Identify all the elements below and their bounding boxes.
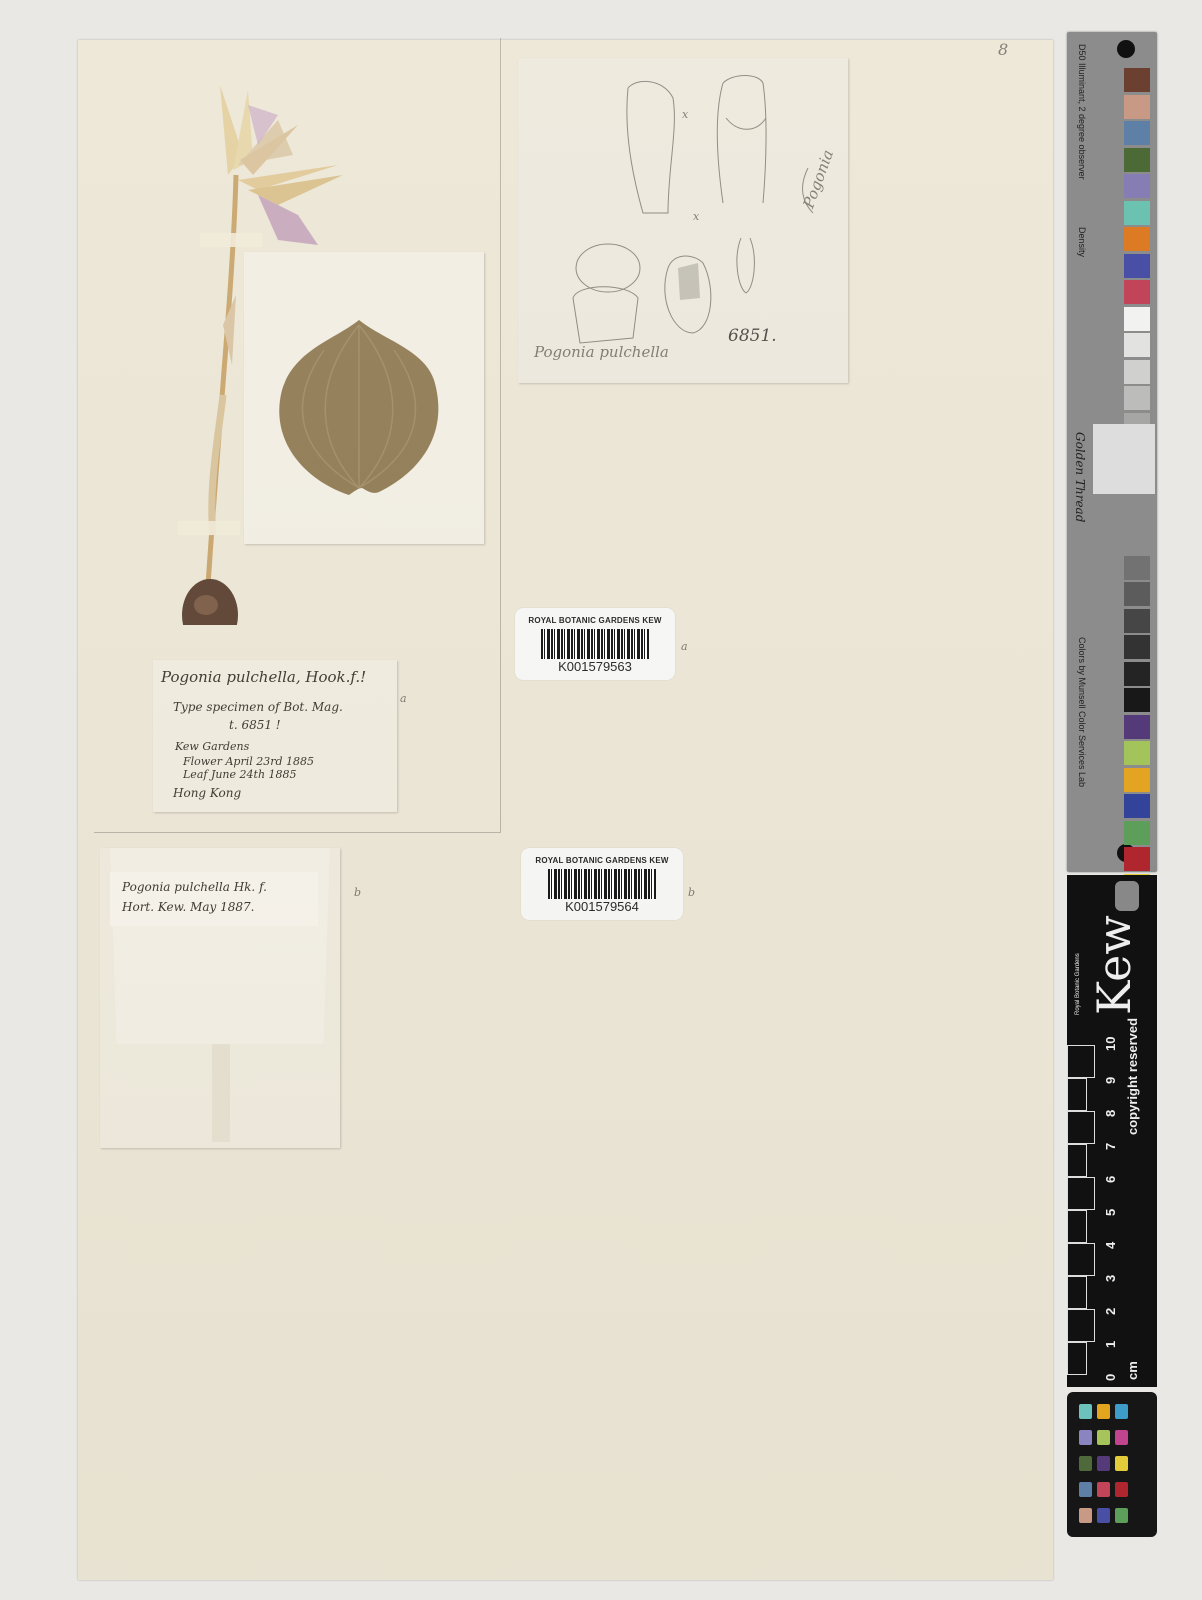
scale-segment [1067, 1243, 1095, 1276]
copyright-text: copyright reserved [1125, 1018, 1140, 1135]
specimen-packet: Pogonia pulchella Hk. f. Hort. Kew. May … [100, 848, 340, 1148]
label-line-5: Flower April 23rd 1885 [183, 755, 314, 768]
botanical-drawing-card: Pogonia x x 6851. Pogonia pulchella [518, 58, 848, 383]
mini-color-patch [1079, 1430, 1092, 1445]
color-calibration-chart: D50 Illuminant, 2 degree observer Densit… [1067, 32, 1157, 872]
specimen-label: Pogonia pulchella, Hook.f.! Type specime… [153, 660, 397, 812]
color-patch [1124, 635, 1150, 659]
scale-tick-label: 10 [1103, 1037, 1118, 1051]
color-patch [1124, 768, 1150, 792]
chart-density-label: Density [1077, 227, 1087, 257]
color-patch [1124, 121, 1150, 145]
scale-tick-label: 6 [1103, 1176, 1118, 1183]
chart-brand: Golden Thread [1073, 432, 1087, 522]
label-line-1: Pogonia pulchella, Hook.f.! [161, 668, 366, 686]
barcode-number: K001579563 [515, 659, 675, 674]
color-patch [1124, 333, 1150, 357]
scale-tick-label: 0 [1103, 1374, 1118, 1381]
label-line-4: Kew Gardens [175, 740, 249, 753]
barcode-label-1: ROYAL BOTANIC GARDENS KEW K001579563 [515, 608, 675, 680]
color-patch [1124, 280, 1150, 304]
color-patch [1124, 254, 1150, 278]
letter-mark-a2: a [681, 640, 688, 653]
mini-color-patch [1079, 1404, 1092, 1419]
drawing-plate-number: 6851. [728, 326, 777, 346]
punch-hole-top [1117, 40, 1135, 58]
scale-tick-label: 2 [1103, 1308, 1118, 1315]
kew-logo: Kew [1087, 915, 1141, 1015]
barcode-number: K001579564 [521, 899, 683, 914]
pencil-frame-divider [94, 832, 500, 833]
color-patch [1124, 556, 1150, 580]
color-patch [1124, 715, 1150, 739]
label-line-3: t. 6851 ! [229, 718, 281, 732]
packet-line-2: Hort. Kew. May 1887. [122, 900, 255, 914]
scale-tick-label: 8 [1103, 1110, 1118, 1117]
scale-tick-label: 1 [1103, 1341, 1118, 1348]
crest-icon [1115, 881, 1139, 911]
mini-color-patch [1115, 1482, 1128, 1497]
leaf-card [244, 252, 484, 544]
scale-segment [1067, 1309, 1095, 1342]
color-patch [1124, 582, 1150, 606]
color-patch [1124, 386, 1150, 410]
target-block [1093, 424, 1155, 494]
color-patch [1124, 68, 1150, 92]
scale-tick-label: 9 [1103, 1077, 1118, 1084]
leaf-specimen [274, 320, 444, 500]
label-line-2: Type specimen of Bot. Mag. [173, 700, 343, 714]
barcode-org: ROYAL BOTANIC GARDENS KEW [515, 616, 675, 625]
drawing-mark-x2: x [693, 210, 699, 223]
mini-color-patch [1079, 1456, 1092, 1471]
scale-segment [1067, 1276, 1087, 1309]
color-patch [1124, 688, 1150, 712]
scale-segment [1067, 1111, 1095, 1144]
letter-mark-b2: b [688, 886, 695, 899]
mini-color-patch [1097, 1482, 1110, 1497]
scale-unit: cm [1125, 1361, 1140, 1380]
mini-color-patch [1079, 1508, 1092, 1523]
barcode-org: ROYAL BOTANIC GARDENS KEW [521, 856, 683, 865]
drawing-label: Pogonia pulchella [534, 343, 669, 361]
label-line-7: Hong Kong [173, 786, 241, 800]
mini-color-patch [1115, 1508, 1128, 1523]
color-patch [1124, 148, 1150, 172]
scale-tick-label: 5 [1103, 1209, 1118, 1216]
letter-mark-b1: b [354, 886, 361, 899]
kew-scale-bar: Kew Royal Botanic Gardens copyright rese… [1067, 875, 1157, 1387]
mini-color-patch [1097, 1404, 1110, 1419]
scale-segment [1067, 1177, 1095, 1210]
letter-mark-a1: a [400, 692, 407, 705]
scale-segment [1067, 1144, 1087, 1177]
color-patch [1124, 227, 1150, 251]
color-patch [1124, 662, 1150, 686]
mini-color-patch [1115, 1456, 1128, 1471]
color-patch [1124, 201, 1150, 225]
color-patch [1124, 360, 1150, 384]
mini-color-chart [1067, 1392, 1157, 1537]
page-mark: 8 [998, 40, 1008, 59]
chart-footer: Colors by Munsell Color Services Lab [1077, 637, 1087, 787]
color-patch [1124, 794, 1150, 818]
color-patch [1124, 174, 1150, 198]
scale-tick-label: 4 [1103, 1242, 1118, 1249]
pencil-drawing [518, 58, 848, 383]
packet-line-1: Pogonia pulchella Hk. f. [122, 880, 267, 894]
scale-segment [1067, 1342, 1087, 1375]
color-patch [1124, 609, 1150, 633]
scale-segment [1067, 1045, 1095, 1078]
mini-color-patch [1097, 1508, 1110, 1523]
mini-color-patch [1115, 1430, 1128, 1445]
chart-header: D50 Illuminant, 2 degree observer [1077, 44, 1087, 180]
mini-color-patch [1115, 1404, 1128, 1419]
scale-tick-label: 7 [1103, 1143, 1118, 1150]
barcode-label-2: ROYAL BOTANIC GARDENS KEW K001579564 [521, 848, 683, 920]
herbarium-sheet: 8 [78, 40, 1053, 1580]
barcode-bars [548, 869, 656, 899]
color-patch [1124, 847, 1150, 871]
color-patch [1124, 741, 1150, 765]
label-line-6: Leaf June 24th 1885 [183, 768, 297, 781]
packet-fold-line [212, 1044, 230, 1142]
barcode-bars [541, 629, 649, 659]
packet-label: Pogonia pulchella Hk. f. Hort. Kew. May … [110, 872, 318, 926]
mini-color-patch [1097, 1456, 1110, 1471]
color-patch [1124, 307, 1150, 331]
scale-tick-label: 3 [1103, 1275, 1118, 1282]
mini-color-patch [1079, 1482, 1092, 1497]
kew-logo-sub: Royal Botanic Gardens [1075, 953, 1081, 1015]
scale-segment [1067, 1210, 1087, 1243]
mini-color-patch [1097, 1430, 1110, 1445]
drawing-mark-x1: x [682, 108, 688, 121]
color-patch [1124, 95, 1150, 119]
color-patch [1124, 821, 1150, 845]
scale-segment [1067, 1078, 1087, 1111]
